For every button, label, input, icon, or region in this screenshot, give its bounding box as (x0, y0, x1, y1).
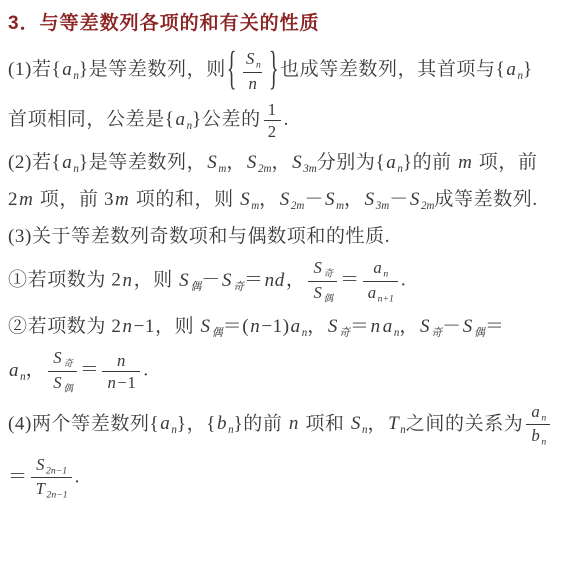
fraction-denominator: 2 (264, 120, 281, 141)
text-run: ， (272, 152, 292, 173)
fraction: Snn (241, 49, 265, 93)
math-variable: m (457, 152, 473, 173)
text-run: }的前 (234, 413, 288, 434)
math-var-with-subscript: an (8, 360, 26, 381)
var-base: S (324, 189, 336, 210)
fraction-denominator: S偶 (308, 281, 337, 305)
text-run: ， (368, 413, 388, 434)
text-run: ， (286, 270, 306, 291)
var-subscript: 奇 (233, 281, 244, 293)
fraction: anan+1 (363, 258, 398, 304)
item-3-line-1: (3)关于等差数列奇数项和与偶数项和的性质. (8, 222, 562, 251)
var-base: a (367, 283, 378, 302)
var-base: S (419, 316, 431, 337)
math-var-with-subscript: Sn (350, 413, 368, 434)
fraction-denominator: n−1 (102, 371, 140, 392)
var-subscript: 2m (421, 200, 434, 212)
section-heading: 3．与等差数列各项的和有关的性质 (8, 8, 562, 35)
var-base: a (290, 316, 302, 337)
var-base: S (327, 316, 339, 337)
math-var-with-subscript: S2n−1 (35, 455, 67, 474)
var-subscript: 2n−1 (47, 490, 68, 501)
var-subscript: n (541, 436, 546, 447)
var-subscript: 3m (376, 200, 389, 212)
text-run: ＝ (80, 360, 100, 381)
text-run: ， (259, 189, 279, 210)
var-subscript: 3m (303, 163, 316, 175)
math-var-with-subscript: an (61, 59, 79, 80)
fraction: S2n−1T2n−1 (31, 455, 72, 501)
fraction-numerator: an (526, 402, 550, 425)
math-var-with-subscript: S2m (279, 189, 305, 210)
text-run: −1，则 (134, 316, 200, 337)
math-var-with-subscript: bn (530, 426, 546, 445)
var-base: a (159, 413, 171, 434)
var-base: S (291, 152, 303, 173)
item-3-sub-1: ①若项数为 2n，则 S偶－S奇＝nd，S奇S偶＝anan+1. (8, 258, 562, 304)
math-var-with-subscript: an (290, 316, 308, 337)
var-base: S (409, 189, 421, 210)
fraction-denominator: bn (526, 424, 550, 448)
math-var-with-subscript: S奇 (52, 348, 73, 367)
fraction: S奇S偶 (308, 258, 337, 304)
math-var-with-subscript: S2m (409, 189, 435, 210)
math-var-with-subscript: S3m (291, 152, 317, 173)
math-variable: nd (264, 270, 286, 291)
text-run: ②若项数为 2 (8, 316, 121, 337)
text-run: 成等差数列. (434, 189, 537, 210)
text-run: ， (226, 152, 246, 173)
text-run: 分别为{ (317, 152, 386, 173)
math-var-with-subscript: an (530, 402, 546, 421)
var-subscript: 偶 (323, 293, 333, 304)
fraction-numerator: n (112, 351, 131, 371)
math-var-with-subscript: an (372, 258, 388, 277)
math-var-with-subscript: S2m (246, 152, 272, 173)
text-run: ＝ (8, 466, 28, 487)
text-run: － (304, 189, 324, 210)
item-4-line-2: ＝S2n−1T2n−1. (8, 455, 562, 501)
math-var-with-subscript: an+1 (367, 283, 394, 302)
text-run: }，{ (177, 413, 216, 434)
document-page: 3．与等差数列各项的和有关的性质 (1)若{an}是等差数列，则{Snn}也成等… (0, 0, 570, 512)
var-base: S (52, 373, 63, 392)
fraction-denominator: S偶 (48, 371, 77, 395)
text-run: 项，前 3 (34, 189, 114, 210)
text-run: 2 (8, 189, 18, 210)
math-var-with-subscript: S奇 (221, 270, 244, 291)
text-run: }是等差数列， (79, 152, 206, 173)
math-var-with-subscript: S3m (364, 189, 390, 210)
math-var-with-subscript: S偶 (178, 270, 201, 291)
item-1-line-1: (1)若{an}是等差数列，则{Snn}也成等差数列，其首项与{an} (8, 49, 562, 93)
math-variable: n (106, 373, 117, 392)
math-var-with-subscript: S奇 (327, 316, 350, 337)
math-var-with-subscript: an (61, 152, 79, 173)
math-var-with-subscript: Sm (239, 189, 259, 210)
item-2-line-1: (2)若{an}是等差数列，Sm，S2m，S3m分别为{an}的前 m 项，前 (8, 148, 562, 178)
var-base: a (372, 258, 383, 277)
math-variable: n (121, 316, 133, 337)
var-base: T (387, 413, 400, 434)
var-subscript: 奇 (431, 326, 442, 338)
var-subscript: n (383, 269, 388, 280)
text-run: ＝( (223, 316, 250, 337)
text-run: 之间的关系为 (406, 413, 524, 434)
fraction-numerator: S2n−1 (31, 455, 71, 478)
text-run: }是等差数列，则 (79, 59, 226, 80)
text-run: −1) (261, 316, 289, 337)
var-base: S (245, 49, 256, 68)
text-run: }公差的 (192, 109, 261, 130)
text-run: ， (307, 316, 327, 337)
fraction-denominator: n (243, 72, 262, 93)
text-run: . (143, 360, 148, 381)
text-run: }的前 (403, 152, 457, 173)
math-variable: n (247, 74, 258, 93)
math-var-with-subscript: S奇 (419, 316, 442, 337)
math-variable: n (288, 413, 300, 434)
math-variable: n (121, 270, 133, 291)
math-var-with-subscript: an (382, 316, 400, 337)
fraction-numerator: Sn (241, 49, 265, 72)
var-base: S (206, 152, 218, 173)
item-3-sub-2-cont: an，S奇S偶＝nn−1. (8, 348, 562, 394)
var-base: a (8, 360, 20, 381)
var-subscript: 偶 (63, 383, 73, 394)
math-var-with-subscript: S奇 (312, 258, 333, 277)
right-brace: } (269, 34, 279, 107)
var-subscript: 偶 (190, 281, 201, 293)
var-base: S (52, 348, 63, 367)
var-subscript: n+1 (378, 293, 394, 304)
var-base: S (221, 270, 233, 291)
math-var-with-subscript: an (385, 152, 403, 173)
var-base: S (462, 316, 474, 337)
var-base: T (35, 479, 47, 498)
math-var-with-subscript: an (175, 109, 193, 130)
var-base: S (239, 189, 251, 210)
text-run: － (201, 270, 221, 291)
text-run: 项的和，则 (130, 189, 239, 210)
var-subscript: 奇 (323, 269, 333, 280)
text-run: 2 (268, 122, 277, 141)
text-run: ＝ (350, 316, 370, 337)
var-subscript: 偶 (212, 326, 223, 338)
text-run: (3)关于等差数列奇数项和与偶数项和的性质. (8, 226, 390, 247)
fraction-denominator: T2n−1 (31, 477, 72, 501)
var-base: S (200, 316, 212, 337)
fraction: anbn (526, 402, 550, 448)
var-subscript: n (256, 59, 261, 70)
var-base: S (312, 258, 323, 277)
text-run: ＝ (244, 270, 264, 291)
text-run: ，则 (134, 270, 179, 291)
math-variable: n (116, 351, 127, 370)
text-run: ＝ (340, 270, 360, 291)
text-run: } (523, 59, 533, 80)
fraction-denominator: an+1 (363, 281, 398, 305)
text-run: (2)若{ (8, 152, 61, 173)
text-run: － (389, 189, 409, 210)
var-subscript: m (336, 200, 344, 212)
var-base: a (505, 59, 517, 80)
math-var-with-subscript: S偶 (462, 316, 485, 337)
text-run: ， (344, 189, 364, 210)
var-base: a (530, 402, 541, 421)
text-run: −1 (117, 373, 136, 392)
math-variable: m (18, 189, 34, 210)
math-variable: n (249, 316, 261, 337)
text-run: . (284, 109, 289, 130)
var-subscript: 偶 (474, 326, 485, 338)
text-run: ＝ (485, 316, 505, 337)
var-base: S (312, 283, 323, 302)
item-2-line-2: 2m 项，前 3m 项的和，则 Sm，S2m－Sm，S3m－S2m成等差数列. (8, 185, 562, 215)
fraction-numerator: S奇 (308, 258, 337, 281)
var-base: S (246, 152, 258, 173)
text-run: . (401, 270, 406, 291)
var-subscript: 2n−1 (46, 465, 67, 476)
text-run: 项和 (300, 413, 350, 434)
text-run: 项，前 (473, 152, 537, 173)
left-brace: { (227, 34, 237, 107)
math-var-with-subscript: an (159, 413, 177, 434)
fraction: nn−1 (102, 351, 140, 392)
fraction: S奇S偶 (48, 348, 77, 394)
var-subscript: 2m (258, 163, 271, 175)
item-4-line-1: (4)两个等差数列{an}，{bn}的前 n 项和 Sn，Tn之间的关系为anb… (8, 402, 562, 448)
var-base: b (216, 413, 228, 434)
var-base: a (61, 152, 73, 173)
math-var-with-subscript: Sn (245, 49, 261, 68)
text-run: (1)若{ (8, 59, 61, 80)
var-subscript: m (251, 200, 259, 212)
var-base: S (35, 455, 46, 474)
text-run: . (75, 466, 80, 487)
math-var-with-subscript: S偶 (200, 316, 223, 337)
var-base: a (61, 59, 73, 80)
var-base: a (385, 152, 397, 173)
var-subscript: 2m (291, 200, 304, 212)
math-variable: m (114, 189, 130, 210)
math-var-with-subscript: an (505, 59, 523, 80)
math-var-with-subscript: Sm (324, 189, 344, 210)
math-variable: n (370, 316, 382, 337)
var-base: a (175, 109, 187, 130)
item-1-line-2: 首项相同，公差是{an}公差的12. (8, 100, 562, 141)
var-base: a (382, 316, 394, 337)
var-base: S (279, 189, 291, 210)
var-base: b (530, 426, 541, 445)
text-run: 首项相同，公差是{ (8, 109, 175, 130)
math-var-with-subscript: Sm (206, 152, 226, 173)
math-var-with-subscript: Tn (387, 413, 406, 434)
math-var-with-subscript: bn (216, 413, 234, 434)
text-run: － (442, 316, 462, 337)
text-run: ， (26, 360, 46, 381)
var-subscript: 奇 (339, 326, 350, 338)
var-base: S (350, 413, 362, 434)
var-subscript: 奇 (63, 359, 73, 370)
fraction-numerator: S奇 (48, 348, 77, 371)
var-base: S (178, 270, 190, 291)
fraction-numerator: an (368, 258, 392, 281)
math-var-with-subscript: S偶 (312, 283, 333, 302)
math-var-with-subscript: S偶 (52, 373, 73, 392)
text-run: ①若项数为 2 (8, 270, 121, 291)
var-base: S (364, 189, 376, 210)
math-var-with-subscript: T2n−1 (35, 479, 68, 498)
item-3-sub-2: ②若项数为 2n−1，则 S偶＝(n−1)an，S奇＝nan，S奇－S偶＝ (8, 312, 562, 342)
var-subscript: n (541, 412, 546, 423)
text-run: 也成等差数列，其首项与{ (280, 59, 505, 80)
text-run: (4)两个等差数列{ (8, 413, 159, 434)
text-run: ， (399, 316, 419, 337)
